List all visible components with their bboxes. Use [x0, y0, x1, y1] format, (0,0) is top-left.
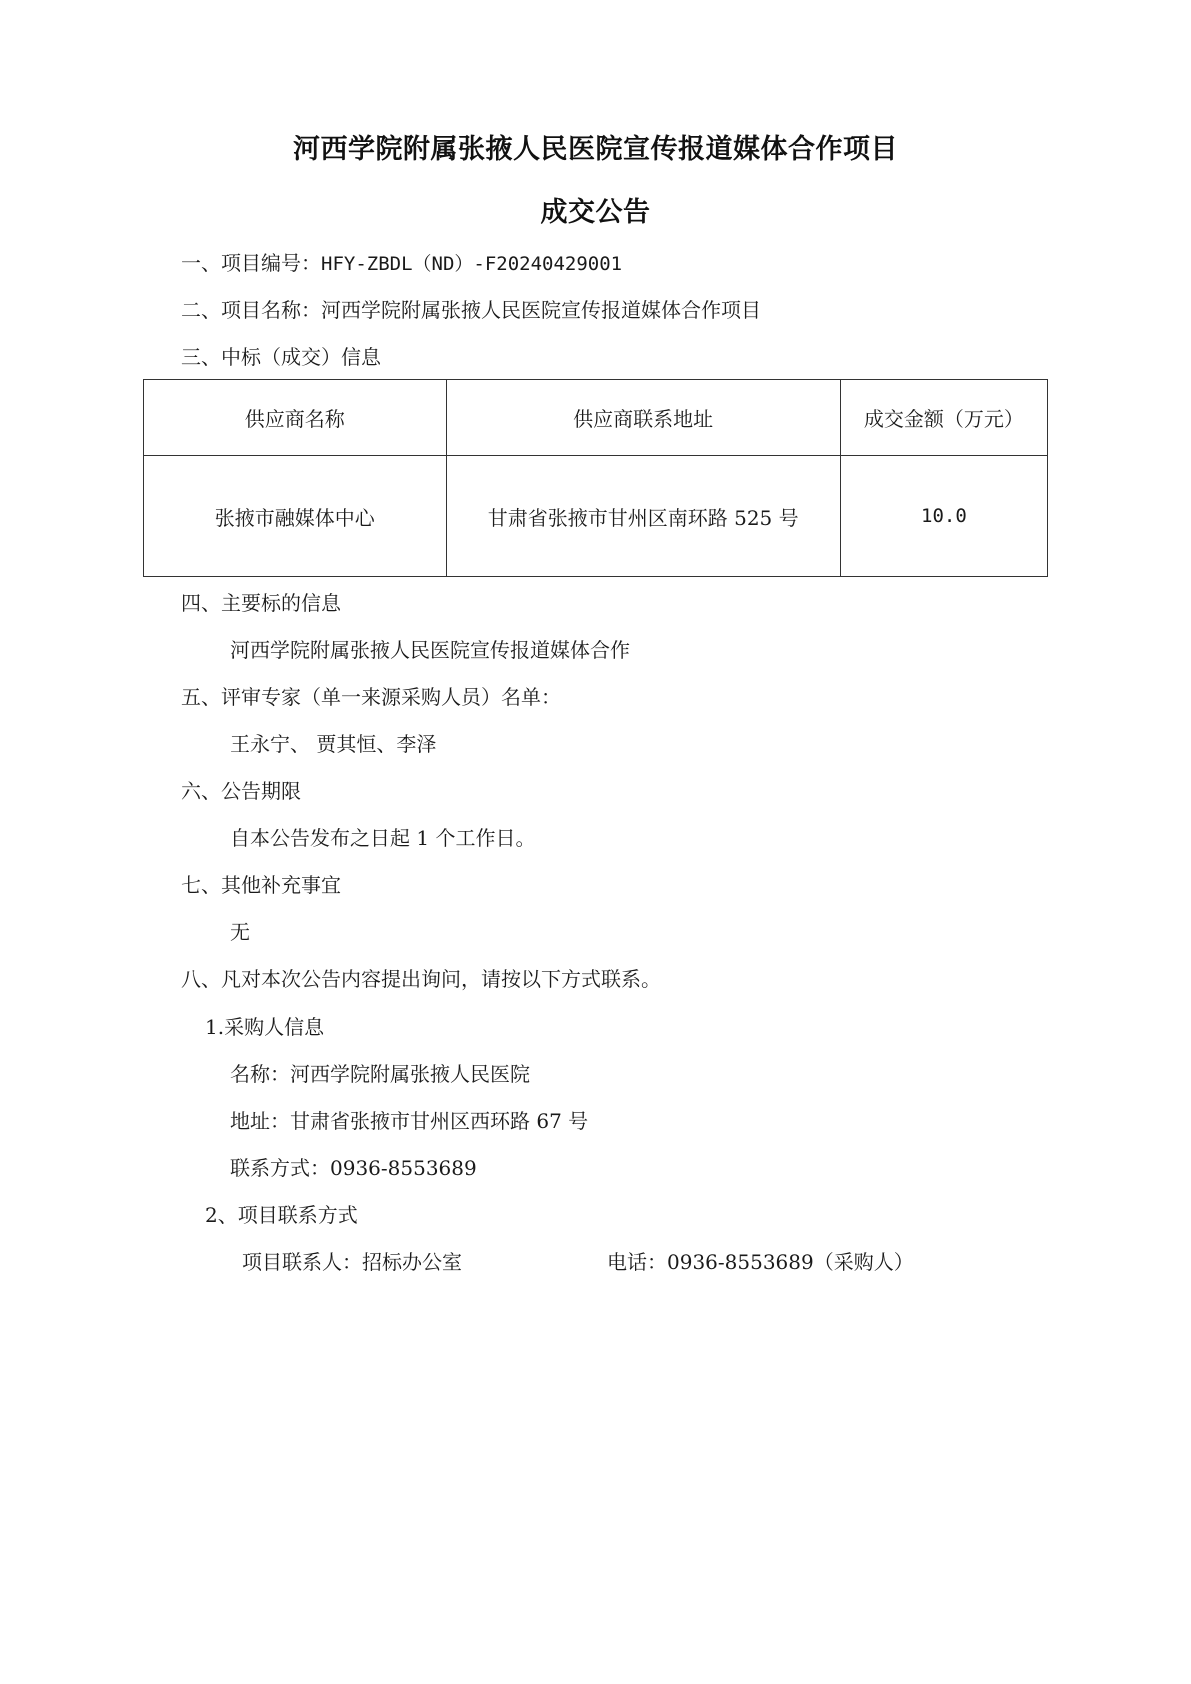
cell-award-amount: 10.0 — [840, 456, 1047, 577]
project-name-label: 二、项目名称： — [181, 298, 321, 322]
project-name-line: 二、项目名称：河西学院附属张掖人民医院宣传报道媒体合作项目 — [181, 296, 761, 324]
announcement-page: 河西学院附属张掖人民医院宣传报道媒体合作项目 成交公告 一、项目编号：HFY-Z… — [0, 0, 1191, 1684]
header-award-amount: 成交金额（万元） — [840, 380, 1047, 456]
document-title: 河西学院附属张掖人民医院宣传报道媒体合作项目 — [0, 127, 1191, 166]
experts-list: 王永宁、 贾其恒、李泽 — [230, 730, 436, 758]
project-number-value: HFY-ZBDL（ND）-F20240429001 — [321, 253, 622, 275]
contact-heading: 八、凡对本次公告内容提出询问，请按以下方式联系。 — [181, 965, 661, 993]
purchaser-contact: 联系方式：0936-8553689 — [230, 1154, 477, 1182]
purchaser-address: 地址：甘肃省张掖市甘州区西环路 67 号 — [230, 1107, 588, 1135]
project-number-line: 一、项目编号：HFY-ZBDL（ND）-F20240429001 — [181, 249, 622, 278]
project-number-label: 一、项目编号： — [181, 251, 321, 275]
award-info-heading: 三、中标（成交）信息 — [181, 343, 381, 371]
document-subtitle: 成交公告 — [0, 190, 1191, 229]
award-table: 供应商名称 供应商联系地址 成交金额（万元） 张掖市融媒体中心 甘肃省张掖市甘州… — [143, 379, 1048, 577]
cell-supplier-address: 甘肃省张掖市甘州区南环路 525 号 — [446, 456, 840, 577]
table-header-row: 供应商名称 供应商联系地址 成交金额（万元） — [144, 380, 1048, 456]
header-supplier-name: 供应商名称 — [144, 380, 447, 456]
purchaser-name: 名称：河西学院附属张掖人民医院 — [230, 1060, 530, 1088]
other-matters-heading: 七、其他补充事宜 — [181, 871, 341, 899]
project-name-value: 河西学院附属张掖人民医院宣传报道媒体合作项目 — [321, 298, 761, 322]
purchaser-info-heading: 1.采购人信息 — [205, 1013, 324, 1041]
notice-period-content: 自本公告发布之日起 1 个工作日。 — [230, 824, 535, 852]
notice-period-heading: 六、公告期限 — [181, 777, 301, 805]
main-subject-heading: 四、主要标的信息 — [181, 589, 341, 617]
project-contact-phone: 电话：0936-8553689（采购人） — [607, 1248, 914, 1276]
table-row: 张掖市融媒体中心 甘肃省张掖市甘州区南环路 525 号 10.0 — [144, 456, 1048, 577]
experts-heading: 五、评审专家（单一来源采购人员）名单： — [181, 683, 561, 711]
project-contact-person: 项目联系人：招标办公室 — [242, 1248, 462, 1276]
project-contact-heading: 2、项目联系方式 — [205, 1201, 358, 1229]
main-subject-content: 河西学院附属张掖人民医院宣传报道媒体合作 — [230, 636, 630, 664]
cell-supplier-name: 张掖市融媒体中心 — [144, 456, 447, 577]
other-matters-content: 无 — [230, 918, 250, 946]
header-supplier-address: 供应商联系地址 — [446, 380, 840, 456]
